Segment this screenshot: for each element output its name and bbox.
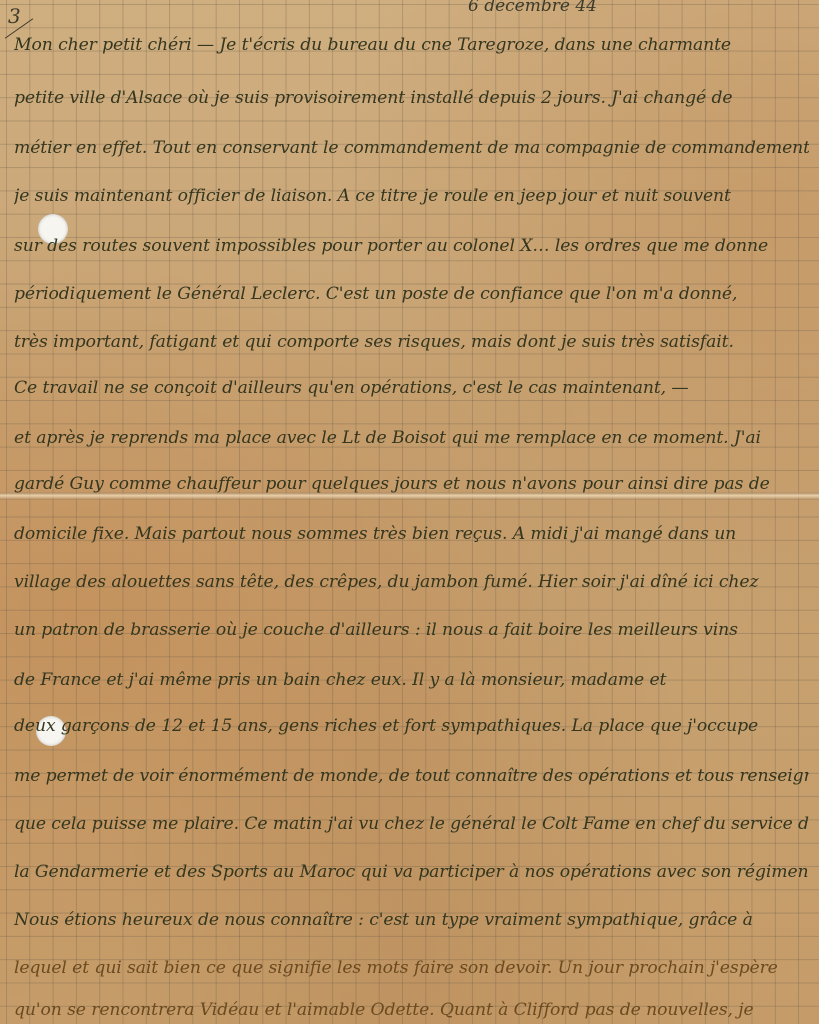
letter-line: Nous étions heureux de nous connaître : … [14, 910, 809, 930]
letter-line: métier en effet. Tout en conservant le c… [14, 138, 809, 158]
letter-line: je suis maintenant officier de liaison. … [14, 186, 809, 206]
letter-line: me permet de voir énormément de monde, d… [14, 766, 809, 786]
letter-date: 6 décembre 44 [468, 0, 597, 16]
letter-line: de France et j'ai même pris un bain chez… [14, 670, 809, 690]
letter-line: un patron de brasserie où je couche d'ai… [14, 620, 809, 640]
letter-line: que cela puisse me plaire. Ce matin j'ai… [14, 814, 809, 834]
letter-line: très important, fatigant et qui comporte… [14, 332, 809, 352]
letter-line: petite ville d'Alsace où je suis proviso… [14, 88, 809, 108]
letter-line: Mon cher petit chéri — Je t'écris du bur… [14, 35, 809, 55]
letter-line: la Gendarmerie et des Sports au Maroc qu… [14, 862, 809, 882]
page-number: 3 [8, 4, 21, 28]
letter-line: deux garçons de 12 et 15 ans, gens riche… [14, 716, 809, 736]
letter-line: sur des routes souvent impossibles pour … [14, 236, 809, 256]
letter-line: lequel et qui sait bien ce que signifie … [14, 958, 809, 978]
letter-line: et après je reprends ma place avec le Lt… [14, 428, 809, 448]
letter-line: gardé Guy comme chauffeur pour quelques … [14, 474, 809, 494]
letter-line: Ce travail ne se conçoit d'ailleurs qu'e… [14, 378, 809, 398]
letter-line: domicile fixe. Mais partout nous sommes … [14, 524, 809, 544]
letter-line: périodiquement le Général Leclerc. C'est… [14, 284, 809, 304]
letter-line: qu'on se rencontrera Vidéau et l'aimable… [14, 1000, 809, 1020]
letter-line: village des alouettes sans tête, des crê… [14, 572, 809, 592]
